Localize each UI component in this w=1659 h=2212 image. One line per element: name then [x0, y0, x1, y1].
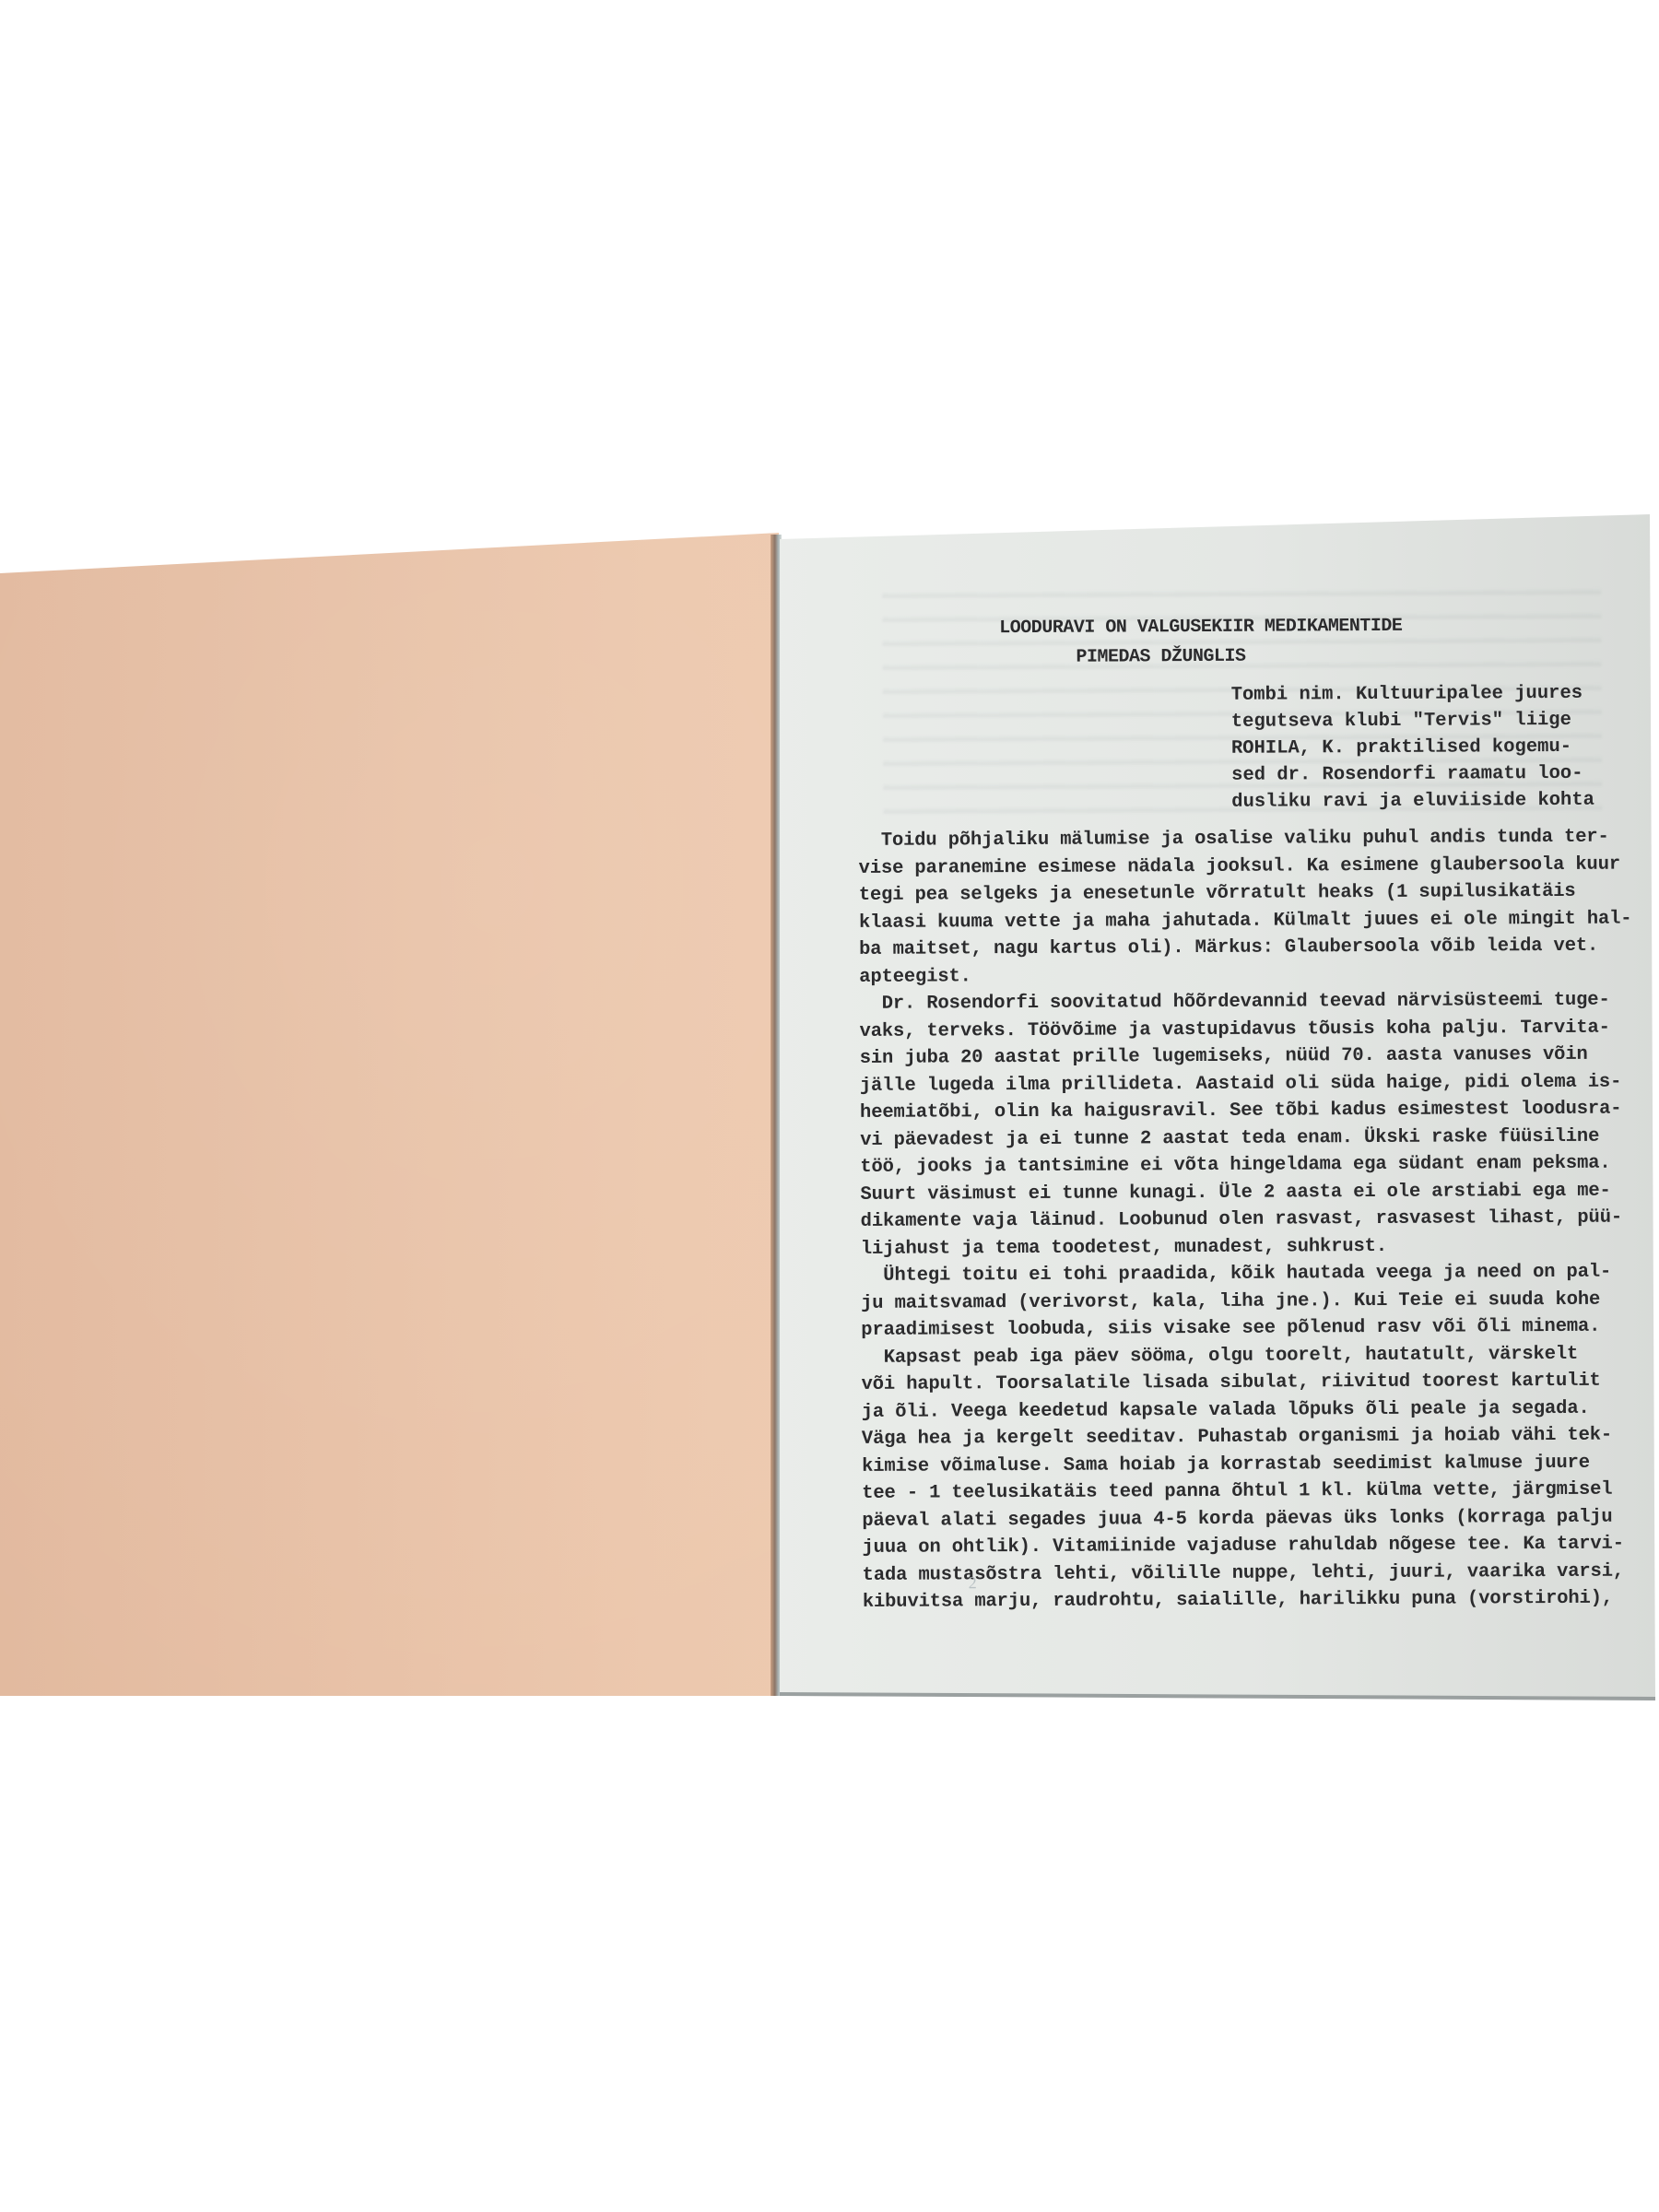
- body-line: töö, jooks ja tantsimine ei võta hingeld…: [860, 1150, 1633, 1182]
- body-line: ba maitset, nagu kartus oli). Märkus: Gl…: [859, 933, 1632, 964]
- article-title-line-2: PIMEDAS DŽUNGLIS: [1076, 642, 1245, 673]
- body-line: juua on ohtlik). Vitamiinide vajaduse ra…: [862, 1531, 1635, 1562]
- byline-line: sed dr. Rosendorfi raamatu loo-: [1231, 760, 1594, 789]
- body-line: Toidu põhjaliku mälumise ja osalise vali…: [858, 824, 1631, 855]
- typewritten-text-block: LOODURAVI ON VALGUSEKIIR MEDIKAMENTIDE P…: [0, 0, 1659, 2212]
- body-line: jälle lugeda ilma prillideta. Aastaid ol…: [860, 1068, 1633, 1100]
- body-line: klaasi kuuma vette ja maha jahutada. Kül…: [859, 905, 1632, 936]
- body-line: sin juba 20 aastat prille lugemiseks, nü…: [860, 1041, 1633, 1073]
- body-line: tegi pea selgeks ja enesetunle võrratult…: [859, 878, 1632, 910]
- byline-line: ROHILA, K. praktilised kogemu-: [1231, 734, 1594, 762]
- body-line: vi päevadest ja ei tunne 2 aastat teda e…: [860, 1123, 1633, 1154]
- body-line: lijahust ja tema toodetest, munadest, su…: [861, 1231, 1634, 1263]
- body-line: apteegist.: [859, 959, 1632, 991]
- article-byline: Tombi nim. Kultuuripalee juurestegutseva…: [1231, 680, 1594, 816]
- body-line: tee - 1 teelusikatäis teed panna õhtul 1…: [862, 1477, 1635, 1508]
- body-line: Suurt väsimust ei tunne kunagi. Üle 2 aa…: [860, 1177, 1633, 1208]
- article-title-line-1: LOODURAVI ON VALGUSEKIIR MEDIKAMENTIDE: [999, 612, 1402, 643]
- body-line: Kapsast peab iga päev sööma, olgu toorel…: [861, 1340, 1634, 1371]
- body-line: kibuvitsa marju, raudrohtu, saialille, h…: [863, 1585, 1636, 1617]
- byline-line: dusliku ravi ja eluviiside kohta: [1231, 787, 1594, 816]
- body-line: vaks, terveks. Töövõime ja vastupidavus …: [859, 1014, 1632, 1045]
- body-line: Dr. Rosendorfi soovitatud hõõrdevannid t…: [859, 987, 1632, 1018]
- body-line: vise paranemine esimese nädala jooksul. …: [859, 851, 1632, 882]
- article-body: Toidu põhjaliku mälumise ja osalise vali…: [858, 824, 1635, 1617]
- body-line: kimise võimaluse. Sama hoiab ja korrasta…: [862, 1449, 1635, 1480]
- body-line: Väga hea ja kergelt seeditav. Puhastab o…: [862, 1422, 1635, 1453]
- body-line: praadimisest loobuda, siis visake see põ…: [861, 1313, 1634, 1345]
- body-line: heemiatõbi, olin ka haigusravil. See tõb…: [860, 1096, 1633, 1127]
- body-line: dikamente vaja läinud. Loobunud olen ras…: [861, 1205, 1634, 1236]
- body-line: päeval alati segades juua 4-5 korda päev…: [862, 1503, 1635, 1535]
- body-line: ja õli. Veega keedetud kapsale valada lõ…: [862, 1394, 1635, 1426]
- body-line: Ühtegi toitu ei tohi praadida, kõik haut…: [861, 1259, 1634, 1290]
- faint-page-number: 2: [969, 1573, 977, 1593]
- body-line: ju maitsvamad (verivorst, kala, liha jne…: [861, 1286, 1634, 1317]
- body-line: või hapult. Toorsalatile lisada sibulat,…: [862, 1368, 1635, 1399]
- byline-line: Tombi nim. Kultuuripalee juures: [1231, 680, 1594, 709]
- byline-line: tegutseva klubi "Tervis" liige: [1231, 707, 1594, 735]
- body-line: tada mustasõstra lehti, võilille nuppe, …: [863, 1558, 1636, 1589]
